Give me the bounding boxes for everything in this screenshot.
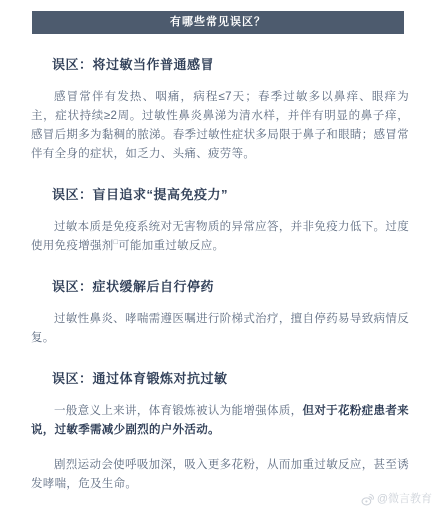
page-title: 有哪些常见误区？ [170,17,266,28]
section-heading: 误区：盲目追求“提高免疫力” [31,188,409,202]
section-heading: 误区：症状缓解后自行停药 [31,280,409,294]
body-paragraph: 剧烈运动会使呼吸加深，吸入更多花粉，从而加重过敏反应，甚至诱发哮喘，危及生命。 [31,456,409,494]
text-run: 一般意义上来讲，体育锻炼被认为能增强体质， [54,405,303,417]
sections: 误区：将过敏当作普通感冒感冒常伴有发热、咽痛，病程≤7天；春季过敏多以鼻痒、眼痒… [31,34,409,494]
body-paragraph: 感冒常伴有发热、咽痛，病程≤7天；春季过敏多以鼻痒、眼痒为主，症状持续≥2周。过… [31,88,409,164]
section-heading: 误区：将过敏当作普通感冒 [31,58,409,72]
body-paragraph: 过敏性鼻炎、哮喘需遵医嘱进行阶梯式治疗，擅自停药易导致病情反复。 [31,310,409,348]
text-run: 剧烈运动会使呼吸加深，吸入更多花粉，从而加重过敏反应，甚至诱发哮喘，危及生命。 [31,459,409,490]
watermark-handle: @微言教育 [377,494,432,505]
watermark: @微言教育 [361,493,432,506]
text-run: 感冒常伴有发热、咽痛，病程≤7天；春季过敏多以鼻痒、眼痒为主，症状持续≥2周。过… [31,91,409,160]
body-paragraph: 过敏本质是免疫系统对无害物质的异常应答，并非免疫力低下。过度使用免疫增强剂□可能… [31,218,409,256]
text-run: 可能加重过敏反应。 [118,240,224,252]
header-bar: 有哪些常见误区？ [32,11,404,34]
weibo-logo-icon [361,493,374,506]
section-heading: 误区：通过体育锻炼对抗过敏 [31,372,409,386]
text-run: 过敏性鼻炎、哮喘需遵医嘱进行阶梯式治疗，擅自停药易导致病情反复。 [31,313,409,344]
body-paragraph: 一般意义上来讲，体育锻炼被认为能增强体质，但对于花粉症患者来说，过敏季需减少剧烈… [31,402,409,440]
